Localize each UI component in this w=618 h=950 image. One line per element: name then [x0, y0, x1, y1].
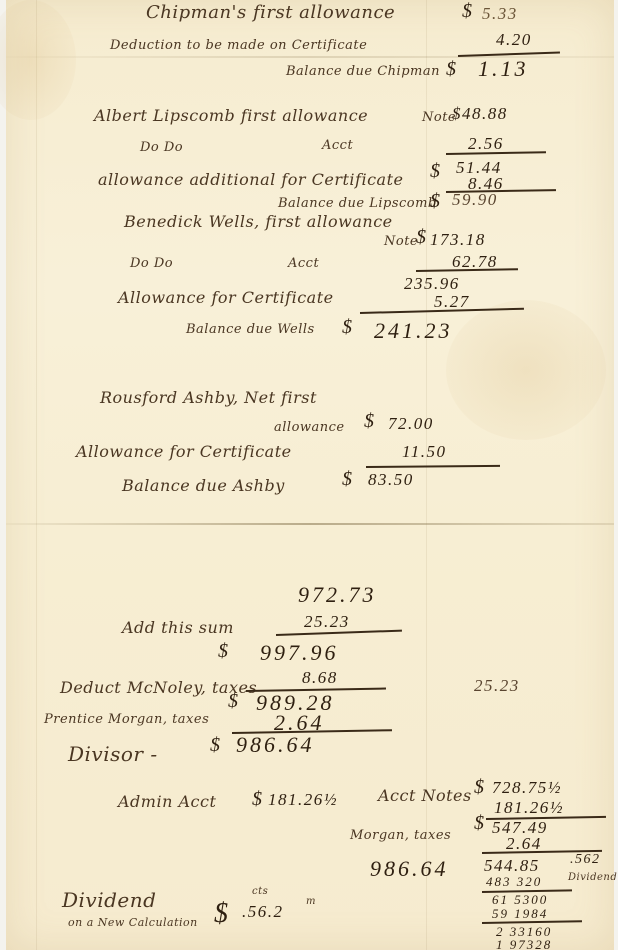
- currency-sign: $: [462, 0, 473, 23]
- add-label: Add this sum: [122, 618, 234, 637]
- balance-ashby-label: Balance due Ashby: [122, 476, 285, 495]
- minus-amount: 181.26½: [494, 798, 564, 818]
- currency-sign: $: [342, 316, 353, 339]
- ditto-label: Do Do: [130, 256, 173, 271]
- division-quotient: .562: [570, 852, 601, 868]
- currency-sign: $: [252, 788, 263, 811]
- division-step: 483 320: [486, 874, 542, 890]
- balance-wells-label: Balance due Wells: [186, 322, 315, 337]
- currency-sign: $: [430, 160, 441, 183]
- sum-rule: [482, 920, 582, 923]
- division-step: 1 97328: [496, 937, 552, 950]
- note-label: Note: [384, 234, 418, 249]
- acct-notes-amount: 728.75½: [492, 778, 562, 798]
- wells-note-amount: 173.18: [430, 230, 486, 250]
- morgan-label: Morgan, taxes: [350, 828, 451, 843]
- currency-sign: $: [474, 812, 485, 835]
- balance-lipscomb-label: Balance due Lipscomb: [278, 196, 437, 211]
- lipscomb-acct-amount: 2.56: [468, 134, 504, 154]
- deduction-label: Deduction to be made on Certificate: [110, 38, 367, 53]
- deduct-amount: 8.68: [302, 668, 338, 688]
- currency-sign: $: [214, 898, 229, 930]
- cts-superscript: cts: [252, 886, 268, 897]
- ashby-cert-label: Allowance for Certificate: [76, 442, 292, 461]
- m-superscript: m: [306, 896, 316, 907]
- add-amount: 25.23: [304, 612, 350, 632]
- balance-wells-amount: 241.23: [374, 318, 453, 344]
- lipscomb-allowance-label: allowance additional for Certificate: [98, 170, 403, 189]
- currency-sign: $: [228, 690, 239, 713]
- divisor-amount: 986.64: [236, 732, 315, 758]
- balance-lipscomb-amount: 59.90: [452, 190, 498, 210]
- total-top: 972.73: [298, 582, 377, 608]
- currency-sign: $: [218, 640, 229, 663]
- side-note: 25.23: [474, 676, 520, 696]
- new-calculation-label: on a New Calculation: [68, 916, 198, 929]
- fold-line: [426, 0, 427, 950]
- deduction-amount: 4.20: [496, 30, 532, 50]
- quotient-label: Dividend: [568, 872, 617, 883]
- sum-rule: [446, 151, 546, 154]
- acct-label: Acct: [288, 256, 319, 271]
- currency-sign: $: [342, 468, 353, 491]
- acct-label: Acct: [322, 138, 353, 153]
- prentice-label: Prentice Morgan, taxes: [44, 712, 209, 727]
- paper-stain: [446, 300, 606, 440]
- currency-sign: $: [430, 190, 441, 213]
- paper-stain: [0, 0, 76, 120]
- ditto-label: Do Do: [140, 140, 183, 155]
- note-label: Note: [422, 110, 456, 125]
- ledger-page: Chipman's first allowance $ 5.33 Deducti…: [6, 0, 614, 950]
- lipscomb-note-amount: $48.88: [452, 104, 508, 124]
- division-step: 59 1984: [492, 906, 548, 922]
- balance-chipman-amount: 1.13: [478, 56, 529, 82]
- currency-sign: $: [210, 734, 221, 757]
- fold-line: [36, 0, 37, 950]
- wells-label: Benedick Wells, first allowance: [124, 212, 393, 231]
- dividend-amount: .56.2: [242, 902, 284, 922]
- ashby-allowance-amount: 72.00: [388, 414, 434, 434]
- sum-rule: [366, 465, 500, 468]
- currency-sign: $: [474, 776, 485, 799]
- ashby-allowance-label: allowance: [274, 420, 345, 435]
- balance-ashby-amount: 83.50: [368, 470, 414, 490]
- currency-sign: $: [364, 410, 375, 433]
- balance-chipman-label: Balance due Chipman: [286, 64, 440, 79]
- chipman-label: Chipman's first allowance: [146, 2, 395, 23]
- wells-cert-label: Allowance for Certificate: [118, 288, 334, 307]
- currency-sign: $: [416, 226, 427, 249]
- lipscomb-label: Albert Lipscomb first allowance: [94, 106, 368, 125]
- ashby-cert-amount: 11.50: [402, 442, 447, 462]
- sum-amount: 997.96: [260, 640, 339, 666]
- acct-notes-label: Acct Notes: [378, 786, 472, 805]
- division-dividend: 544.85: [484, 856, 540, 876]
- divisor-label: Divisor -: [68, 742, 158, 766]
- currency-sign: $: [446, 58, 457, 81]
- division-divisor: 986.64: [370, 856, 449, 882]
- chipman-allowance: 5.33: [482, 4, 518, 24]
- ashby-label: Rousford Ashby, Net first: [100, 388, 317, 407]
- wells-subtotal: 235.96: [404, 274, 460, 294]
- admin-acct-label: Admin Acct: [118, 792, 216, 811]
- admin-acct-amount: 181.26½: [268, 790, 338, 810]
- dividend-label: Dividend: [62, 888, 156, 912]
- fold-line: [6, 523, 614, 525]
